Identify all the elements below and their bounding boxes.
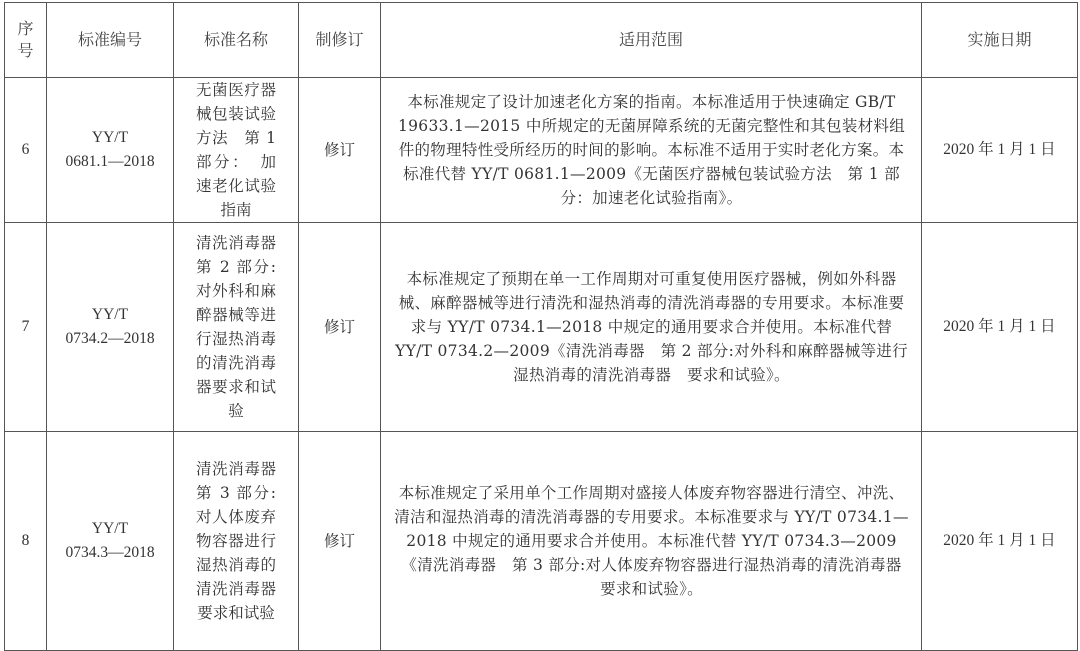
table-row: 6 YY/T 0681.1—2018 无菌医疗器械包装试验方法 第 1 部分： …: [5, 78, 1078, 223]
code-prefix: YY/T: [47, 303, 173, 327]
header-revision: 制修订: [299, 3, 381, 78]
code-prefix: YY/T: [47, 517, 173, 541]
standard-name: 清洗消毒器第 3 部分: 对人体废弃物容器进行湿热消毒的清洗消毒器 要求和试验: [196, 457, 276, 625]
header-name: 标准名称: [174, 3, 299, 78]
row-number: 6: [5, 78, 47, 223]
standards-table: 序号 标准编号 标准名称 制修订 适用范围 实施日期 6 YY/T 0681.1…: [4, 2, 1078, 651]
effective-date: 2020 年 1 月 1 日: [922, 78, 1078, 223]
code-prefix: YY/T: [47, 126, 173, 150]
revision-type: 修订: [299, 223, 381, 432]
standard-code: YY/T 0681.1—2018: [47, 78, 174, 223]
scope-text: 本标准规定了设计加速老化方案的指南。本标准适用于快速确定 GB/T 19633.…: [381, 78, 922, 223]
row-number: 7: [5, 223, 47, 432]
code-number: 0734.2—2018: [47, 327, 173, 351]
standard-code: YY/T 0734.2—2018: [47, 223, 174, 432]
table-row: 7 YY/T 0734.2—2018 清洗消毒器第 2 部分: 对外科和麻醉器械…: [5, 223, 1078, 432]
standard-name-cell: 清洗消毒器第 3 部分: 对人体废弃物容器进行湿热消毒的清洗消毒器 要求和试验: [174, 432, 299, 651]
header-no: 序号: [5, 3, 47, 78]
standard-name-cell: 清洗消毒器第 2 部分: 对外科和麻醉器械等进行湿热消毒的清洗消毒器要求和试验: [174, 223, 299, 432]
row-number: 8: [5, 432, 47, 651]
table-header-row: 序号 标准编号 标准名称 制修订 适用范围 实施日期: [5, 3, 1078, 78]
revision-type: 修订: [299, 432, 381, 651]
table-row: 8 YY/T 0734.3—2018 清洗消毒器第 3 部分: 对人体废弃物容器…: [5, 432, 1078, 651]
standard-name: 无菌医疗器械包装试验方法 第 1 部分： 加速老化试验指南: [196, 78, 276, 222]
header-scope: 适用范围: [381, 3, 922, 78]
standard-name: 清洗消毒器第 2 部分: 对外科和麻醉器械等进行湿热消毒的清洗消毒器要求和试验: [196, 231, 276, 423]
code-number: 0734.3—2018: [47, 541, 173, 565]
scope-text: 本标准规定了预期在单一工作周期对可重复使用医疗器械，例如外科器械、麻醉器械等进行…: [381, 223, 922, 432]
revision-type: 修订: [299, 78, 381, 223]
standard-code: YY/T 0734.3—2018: [47, 432, 174, 651]
scope-text: 本标准规定了采用单个工作周期对盛接人体废弃物容器进行清空、冲洗、清洁和湿热消毒的…: [381, 432, 922, 651]
header-code: 标准编号: [47, 3, 174, 78]
standard-name-cell: 无菌医疗器械包装试验方法 第 1 部分： 加速老化试验指南: [174, 78, 299, 223]
effective-date: 2020 年 1 月 1 日: [922, 432, 1078, 651]
header-date: 实施日期: [922, 3, 1078, 78]
code-number: 0681.1—2018: [47, 150, 173, 174]
effective-date: 2020 年 1 月 1 日: [922, 223, 1078, 432]
